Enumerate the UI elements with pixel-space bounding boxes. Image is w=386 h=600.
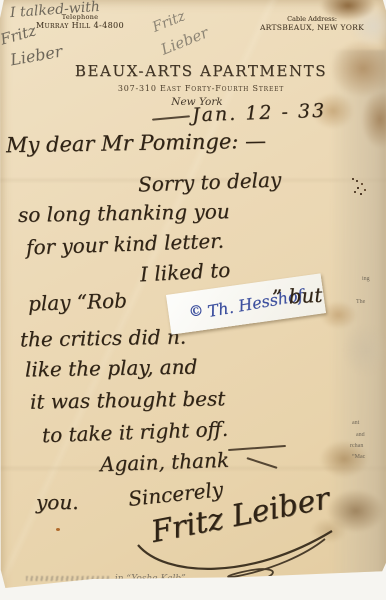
body-line: the critics did n.: [20, 325, 187, 352]
body-line: for your kind letter.: [26, 229, 225, 260]
thank-flourish: [246, 457, 277, 469]
letter-paper: The ant and rchan “Mac ing I talked-with…: [0, 0, 386, 600]
telephone-label: Telephone: [22, 13, 138, 21]
body-line: I liked to: [139, 258, 230, 287]
copyright-symbol: ©: [187, 301, 204, 321]
letterhead-name: BEAUX-ARTS APARTMENTS: [8, 62, 386, 80]
newsprint-fragment: rchan: [350, 443, 363, 449]
body-line: play “Rob: [28, 288, 128, 315]
illegible-pencil-scrawl: [26, 576, 112, 581]
newsprint-fragment: and: [356, 432, 365, 438]
letterhead-telephone: Telephone Murray Hill 4-4800: [22, 13, 138, 30]
newsprint-fragment: ant: [352, 420, 359, 426]
stain-mid-right: [318, 290, 386, 390]
pencil-note-bottom: in “Yoshe Kalb”: [26, 574, 186, 584]
body-line: you.: [36, 490, 79, 514]
body-line: Again, thank: [100, 448, 230, 476]
cable-label: Cable Address:: [248, 15, 376, 23]
letter-date: Jan. 12 - 33: [192, 100, 327, 127]
body-line: like the play, and: [25, 354, 198, 381]
body-line: ” but: [271, 283, 322, 310]
underline-flourish: [228, 445, 286, 451]
salutation: My dear Mr Pominge: —: [6, 129, 266, 158]
body-line: Sorry to delay: [138, 168, 282, 197]
paper-speck: [56, 528, 60, 531]
paper-damage-strip: [330, 50, 386, 575]
bottom-note-text: in “Yoshe Kalb”: [115, 574, 186, 584]
cable-address: ARTSBEAUX, NEW YORK: [248, 23, 376, 32]
date-flourish: [152, 115, 190, 120]
body-line: it was thought best: [30, 386, 226, 413]
body-line: to take it right off.: [42, 417, 229, 447]
scanned-letter: The ant and rchan “Mac ing I talked-with…: [0, 0, 386, 600]
letterhead-street: 307-310 East Forty-Fourth Street: [8, 84, 386, 93]
newsprint-fragment: The: [356, 299, 365, 305]
ink-specks: [352, 178, 354, 180]
letterhead-cable: Cable Address: ARTSBEAUX, NEW YORK: [248, 15, 376, 32]
body-line: so long thanking you: [18, 199, 230, 227]
newsprint-fragment: ing: [362, 276, 370, 282]
newsprint-fragment: “Mac: [352, 454, 365, 460]
telephone-number: Murray Hill 4-4800: [22, 21, 138, 30]
